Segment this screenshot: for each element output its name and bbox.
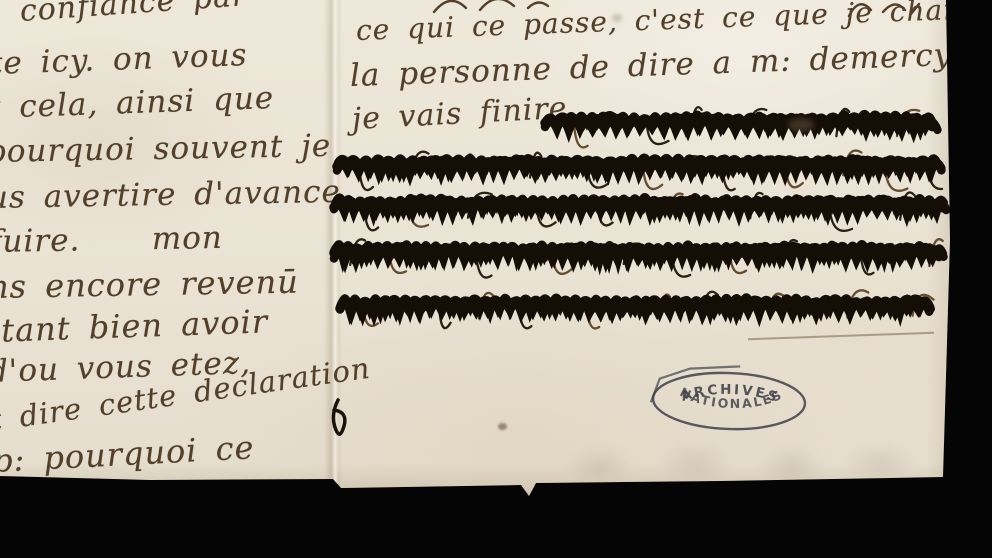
handwritten-line: je vais finire [351, 91, 568, 137]
archives-nationales-stamp: ARCHIVES NATIONALES [642, 362, 816, 440]
handwritten-line: confiance par [19, 0, 249, 29]
paper-stain [612, 14, 622, 22]
ink-splotch [326, 396, 354, 444]
paper-stain [498, 423, 507, 430]
photo-background: confiance par te icy. on vous t cela, ai… [0, 0, 992, 558]
handwritten-line: p: pourquoi ce [0, 428, 255, 480]
handwritten-line: te icy. on vous [0, 37, 248, 82]
ink-bleed-ghost [555, 430, 925, 496]
handwriting-fragment [430, 0, 550, 14]
letter-paper: confiance par te icy. on vous t cela, ai… [0, 0, 950, 498]
handwritten-line: pourquoi souvent je [0, 128, 331, 170]
handwritten-line: ns encore revenū [0, 263, 299, 306]
handwriting-fragment [845, 0, 923, 18]
handwritten-line: itant bien avoir [0, 302, 269, 350]
handwritten-line: fuire. mon [0, 220, 223, 260]
redacted-line [334, 227, 948, 287]
paper-stain [788, 118, 814, 132]
handwritten-line: la personne de dire a m: demercy [349, 37, 952, 94]
handwritten-line: t cela, ainsi que [0, 80, 275, 126]
handwritten-line: us avertire d'avance [0, 174, 341, 216]
redacted-line [340, 280, 932, 340]
